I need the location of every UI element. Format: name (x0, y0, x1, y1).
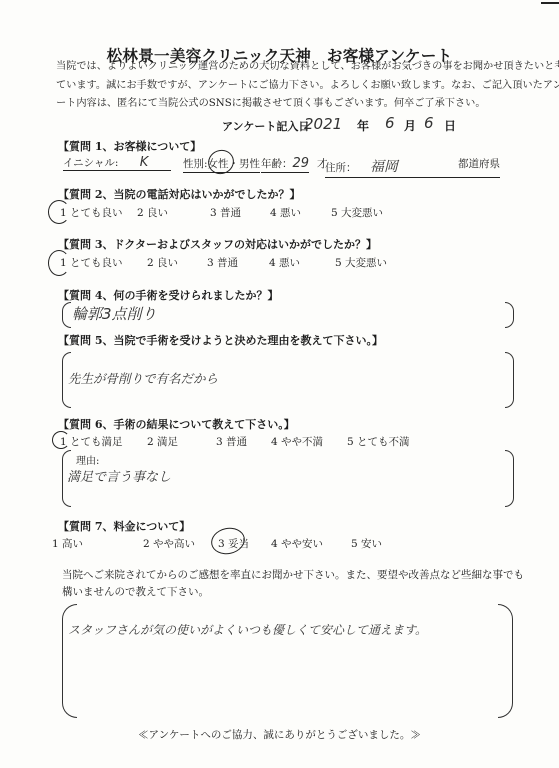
intro-line-3: ート内容は、匿名にて当院公式のSNSに掲載させて頂く事もございます。何卒ご了承下… (56, 94, 486, 113)
date-day[interactable]: 6 (424, 114, 434, 132)
q3-selected-circle (48, 250, 70, 276)
q3-heading: 【質問 3、ドクターおよびスタッフの対応はいかがでしたか？】 (58, 236, 377, 252)
age-field[interactable]: 年齢：29 (261, 156, 309, 173)
q3-option-5[interactable]: 5 大変悪い (335, 255, 387, 270)
q6-selected-circle (52, 431, 70, 449)
q5-answer[interactable]: 先生が骨削りで有名だから (68, 369, 218, 387)
q6-heading: 【質問 6、手術の結果について教えて下さい。】 (58, 416, 295, 432)
q2-option-5[interactable]: 5 大変悪い (331, 205, 383, 220)
initial-label: イニシャル: (63, 157, 118, 169)
comments-bracket-right (498, 604, 513, 718)
comments-answer[interactable]: スタッフさんが気の使いがよくいつも優しくて安心して通えます。 (68, 621, 427, 638)
intro-line-1: 当院では、よりよいクリニック運営のための大切な資料として、お客様がお気づきの事を… (56, 57, 559, 76)
q6-option-2[interactable]: 2 満足 (147, 434, 178, 449)
gender-selected-circle (205, 146, 238, 177)
q1-heading: 【質問 1、お客様について】 (58, 138, 201, 154)
q5-bracket-right (505, 352, 514, 408)
initial-value: K (140, 155, 149, 170)
date-year[interactable]: 2021 (304, 115, 342, 133)
date-day-unit: 日 (444, 117, 456, 134)
q6-option-5[interactable]: 5 とても不満 (347, 434, 410, 449)
date-label: アンケート記入日 (222, 118, 309, 134)
q7-selected-circle (209, 525, 248, 558)
q7-option-4[interactable]: 4 やや安い (271, 536, 323, 551)
q3-option-3[interactable]: 3 普通 (207, 255, 238, 270)
thank-you-footer: ≪アンケートへのご協力、誠にありがとうございました。≫ (0, 727, 559, 742)
intro-line-2: ています。誠にお手数ですが、アンケートにご協力下さい。よろしくお願い致します。な… (56, 76, 559, 95)
q7-heading: 【質問 7、料金について】 (58, 518, 190, 534)
q7-option-2[interactable]: 2 やや高い (143, 536, 195, 551)
q7-option-1[interactable]: 1 高い (52, 536, 83, 551)
date-month-unit: 月 (404, 117, 416, 134)
age-label: 年齢： (261, 158, 293, 170)
q7-option-5[interactable]: 5 安い (351, 536, 382, 551)
comments-prompt-line-1: 当院へご来院されてからのご感想を率直にお聞かせ下さい。また、要望や改善点など些細… (62, 567, 524, 582)
q6-option-4[interactable]: 4 やや不満 (271, 434, 323, 449)
q2-option-2[interactable]: 2 良い (137, 205, 168, 220)
q6-reason-label: 理由: (76, 452, 99, 467)
q3-option-4[interactable]: 4 悪い (269, 255, 300, 270)
q4-heading: 【質問 4、何の手術を受けられましたか？】 (58, 287, 278, 303)
address-field[interactable]: 住所： 福岡 都道府県 (325, 156, 500, 178)
date-month[interactable]: 6 (385, 114, 395, 132)
initial-field[interactable]: イニシャル: K (63, 155, 171, 171)
address-label: 住所： (325, 162, 357, 174)
q6-reason-answer[interactable]: 満足で言う事なし (67, 466, 171, 485)
scan-edge-mark (541, 2, 559, 4)
gender-label: 性別: (183, 158, 208, 170)
q4-bracket-right (505, 302, 514, 328)
q3-option-2[interactable]: 2 良い (147, 255, 178, 270)
q2-selected-circle (48, 200, 70, 224)
address-unit: 都道府県 (458, 156, 500, 171)
q6-option-3[interactable]: 3 普通 (216, 434, 247, 449)
q4-answer[interactable]: 輪郭3点削り (72, 303, 157, 324)
q2-option-3[interactable]: 3 普通 (210, 205, 241, 220)
q6-bracket-right (505, 450, 514, 507)
q4-bracket-left (62, 302, 71, 328)
q2-option-4[interactable]: 4 悪い (270, 205, 301, 220)
q5-heading: 【質問 5、当院で手術を受けようと決めた理由を教えて下さい。】 (58, 332, 383, 348)
address-value: 福岡 (370, 159, 398, 175)
age-value: 29 (293, 156, 310, 171)
date-year-unit: 年 (357, 117, 369, 134)
q2-heading: 【質問 2、当院の電話対応はいかがでしたか？】 (58, 186, 300, 202)
comments-prompt-line-2: 構いませんので教えて下さい。 (62, 584, 209, 599)
